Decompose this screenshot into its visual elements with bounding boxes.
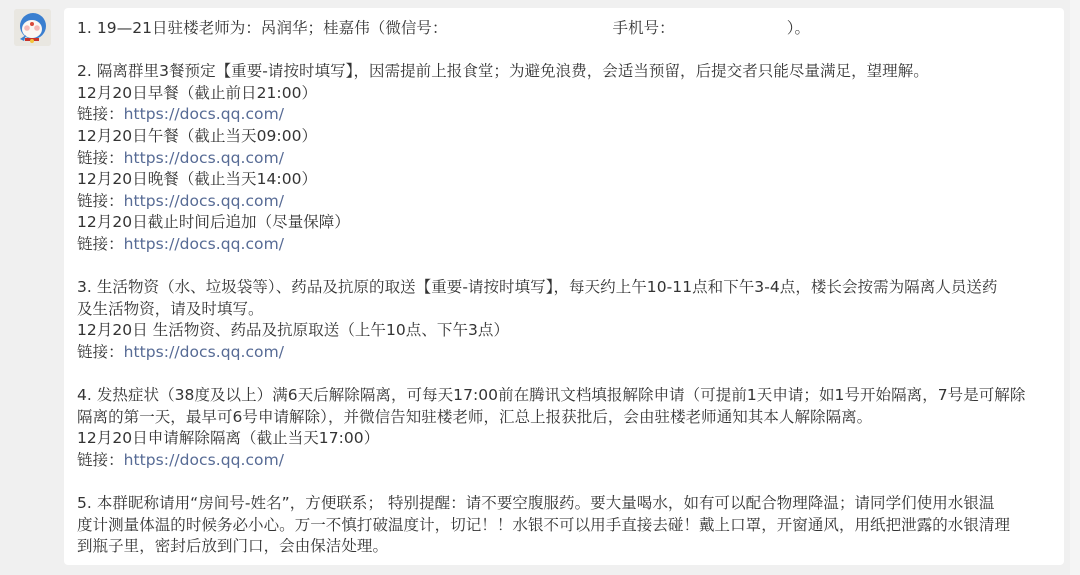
release-request-link[interactable]: https://docs.qq.com/: [124, 451, 284, 469]
reminder-line-3: 到瓶子里，密封后放到门口，会由保洁处理。: [77, 536, 1050, 558]
meal-dinner-link-row: 链接：https://docs.qq.com/: [77, 191, 1050, 213]
meal-breakfast-link[interactable]: https://docs.qq.com/: [124, 105, 284, 123]
meal-late-addition-title: 12月20日截止时间后追加（尽量保障）: [77, 212, 1050, 234]
meal-booking-intro: 2. 隔离群里3餐预定【重要-请按时填写】，因需提前上报食堂；为避免浪费，会适当…: [77, 61, 1050, 83]
release-intro-line-1: 4. 发热症状（38度及以上）满6天后解除隔离，可每天17:00前在腾讯文档填报…: [77, 385, 1050, 407]
release-request-link-row: 链接：https://docs.qq.com/: [77, 450, 1050, 472]
meal-lunch-title: 12月20日午餐（截止当天09:00）: [77, 126, 1050, 148]
release-intro-line-2: 隔离的第一天，最早可6号申请解除），并微信告知驻楼老师，汇总上报获批后，会由驻楼…: [77, 407, 1050, 429]
link-label: 链接：: [77, 451, 124, 469]
link-label: 链接：: [77, 192, 124, 210]
meal-dinner-title: 12月20日晚餐（截止当天14:00）: [77, 169, 1050, 191]
supplies-intro-line-1: 3. 生活物资（水、垃圾袋等）、药品及抗原的取送【重要-请按时填写】，每天约上午…: [77, 277, 1050, 299]
message-section-1: 1. 19—21日驻楼老师为：呙润华；桂嘉伟（微信号：手机号：）。: [77, 18, 1050, 40]
link-label: 链接：: [77, 149, 124, 167]
meal-late-addition-link-row: 链接：https://docs.qq.com/: [77, 234, 1050, 256]
meal-late-addition-link[interactable]: https://docs.qq.com/: [124, 235, 284, 253]
link-label: 链接：: [77, 343, 124, 361]
supplies-intro-line-2: 及生活物资，请及时填写。: [77, 299, 1050, 321]
sender-avatar[interactable]: [14, 9, 51, 46]
redacted-phone-number: [675, 22, 787, 36]
supplies-delivery-title: 12月20日 生活物资、药品及抗原取送（上午10点、下午3点）: [77, 320, 1050, 342]
meal-breakfast-link-row: 链接：https://docs.qq.com/: [77, 104, 1050, 126]
meal-dinner-link[interactable]: https://docs.qq.com/: [124, 192, 284, 210]
message-section-4: 4. 发热症状（38度及以上）满6天后解除隔离，可每天17:00前在腾讯文档填报…: [77, 385, 1050, 471]
chat-message-row: 1. 19—21日驻楼老师为：呙润华；桂嘉伟（微信号：手机号：）。 2. 隔离群…: [0, 0, 1080, 575]
meal-breakfast-title: 12月20日早餐（截止前日21:00）: [77, 83, 1050, 105]
duty-teachers-text: 1. 19—21日驻楼老师为：呙润华；桂嘉伟（微信号：: [77, 19, 448, 37]
message-section-5: 5. 本群昵称请用“房间号-姓名”，方便联系； 特别提醒：请不要空腹服药。要大量…: [77, 493, 1050, 558]
message-bubble[interactable]: 1. 19—21日驻楼老师为：呙润华；桂嘉伟（微信号：手机号：）。 2. 隔离群…: [64, 8, 1064, 565]
link-label: 链接：: [77, 105, 124, 123]
meal-lunch-link[interactable]: https://docs.qq.com/: [124, 149, 284, 167]
redacted-wechat-id: [448, 22, 613, 36]
reminder-line-2: 度计测量体温的时候务必小心。万一不慎打破温度计，切记！！水银不可以用手直接去碰！…: [77, 515, 1050, 537]
message-section-3: 3. 生活物资（水、垃圾袋等）、药品及抗原的取送【重要-请按时填写】，每天约上午…: [77, 277, 1050, 363]
duty-teachers-suffix: ）。: [787, 19, 810, 37]
duty-teachers-line: 1. 19—21日驻楼老师为：呙润华；桂嘉伟（微信号：手机号：）。: [77, 18, 1050, 40]
chat-scrollbar[interactable]: [1070, 0, 1080, 575]
meal-lunch-link-row: 链接：https://docs.qq.com/: [77, 148, 1050, 170]
phone-label: 手机号：: [613, 19, 675, 37]
supplies-delivery-link-row: 链接：https://docs.qq.com/: [77, 342, 1050, 364]
reminder-line-1: 5. 本群昵称请用“房间号-姓名”，方便联系； 特别提醒：请不要空腹服药。要大量…: [77, 493, 1050, 515]
message-section-2: 2. 隔离群里3餐预定【重要-请按时填写】，因需提前上报食堂；为避免浪费，会适当…: [77, 61, 1050, 255]
link-label: 链接：: [77, 235, 124, 253]
doraemon-avatar-icon: [14, 9, 51, 46]
release-request-title: 12月20日申请解除隔离（截止当天17:00）: [77, 428, 1050, 450]
supplies-delivery-link[interactable]: https://docs.qq.com/: [124, 343, 284, 361]
